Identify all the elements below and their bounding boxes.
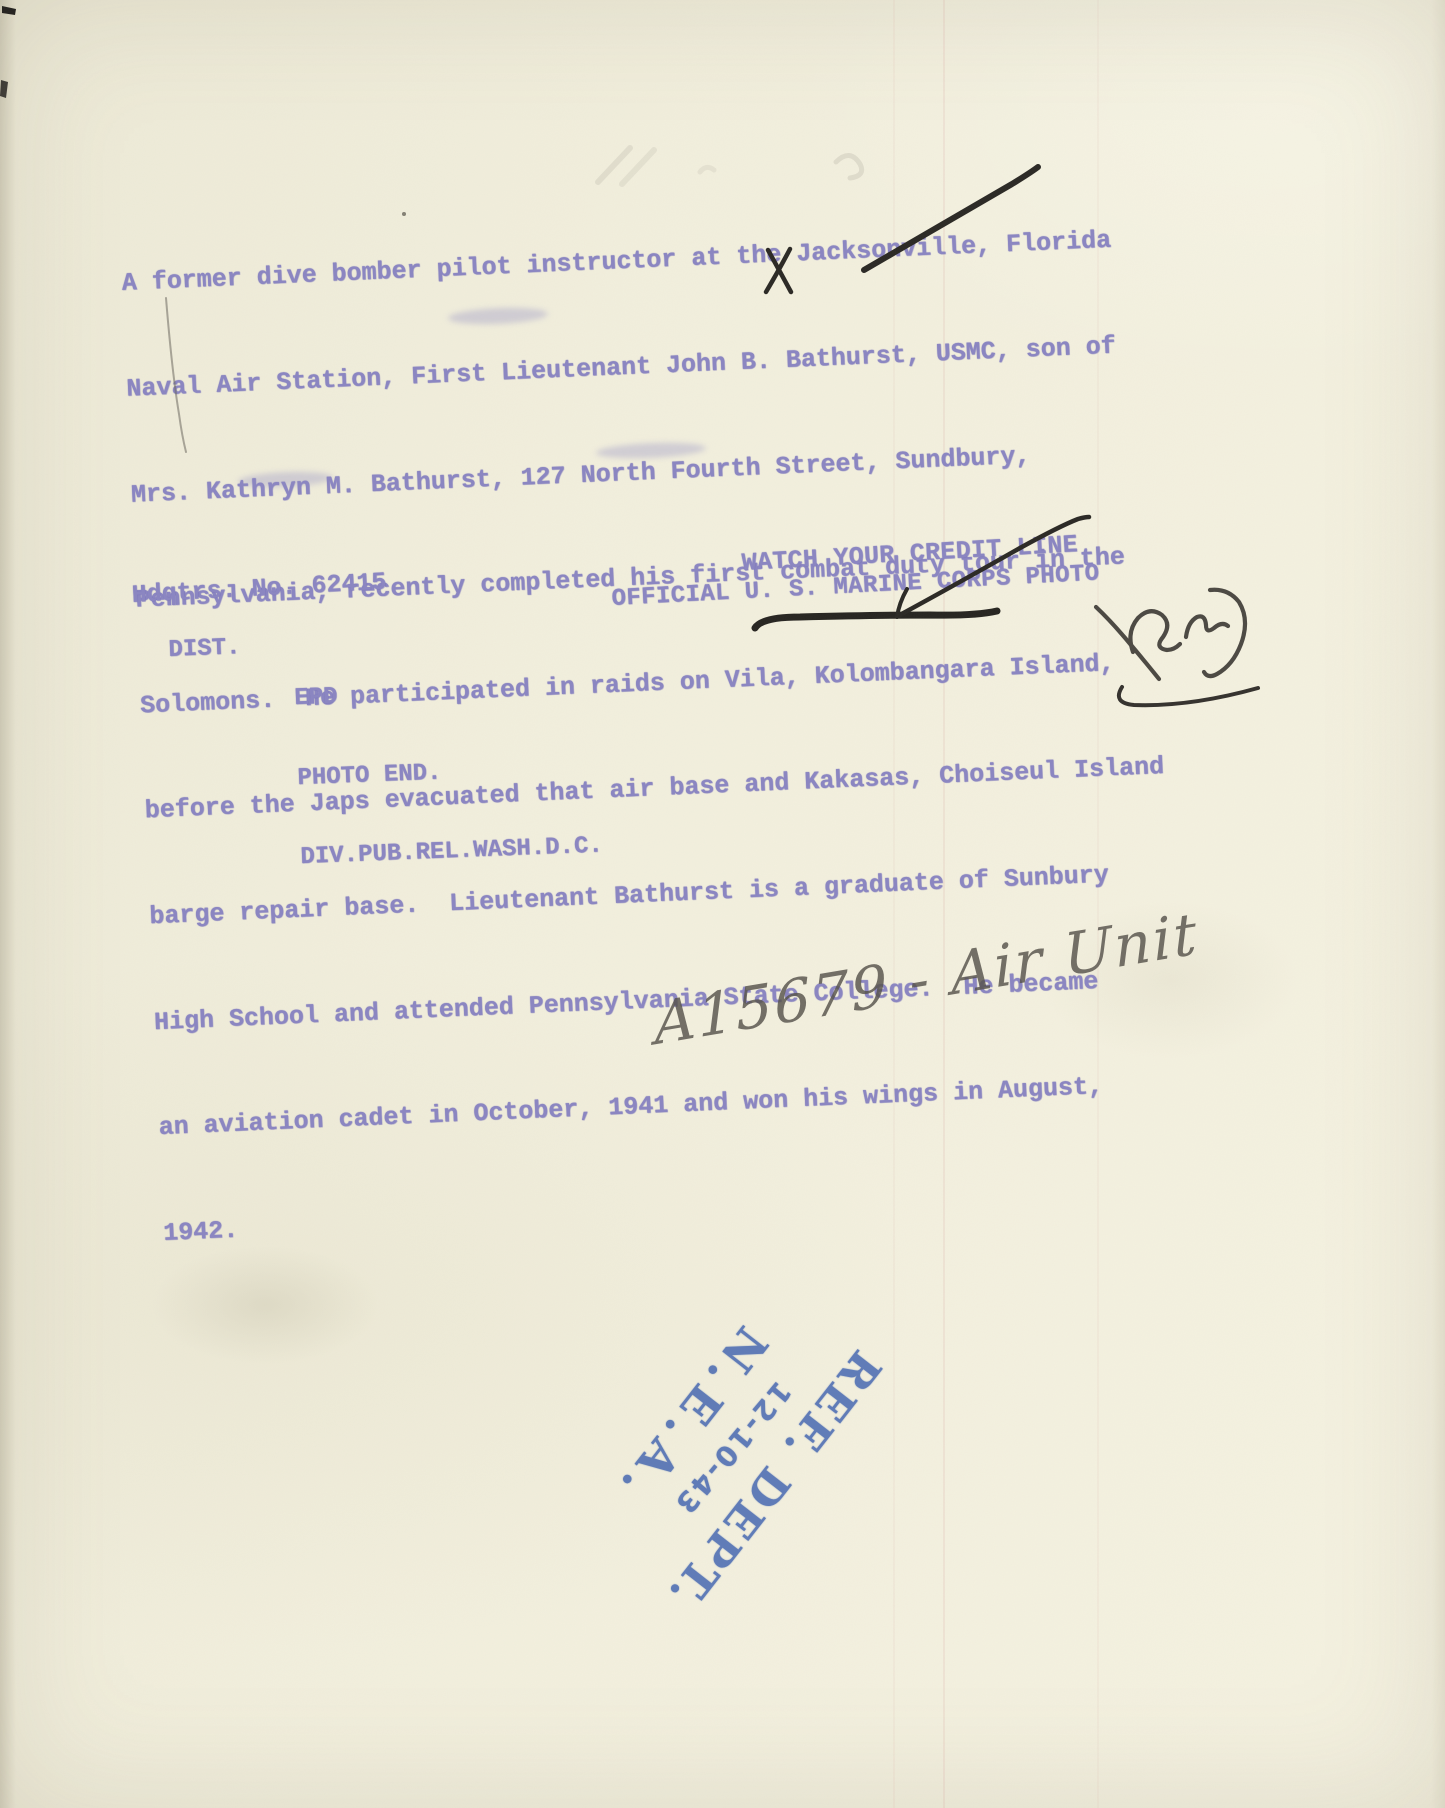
distribution-label: DIST. (168, 635, 251, 929)
ref-dept-stamp: REF. DEPT. 12-10-43 N.E.A. (566, 1266, 898, 1630)
distribution-item: EPD (294, 675, 597, 713)
edge-specks (0, 6, 406, 216)
caption-line: A former dive bomber pilot instructor at… (121, 222, 1142, 302)
distribution-item: PHOTO END. (297, 754, 600, 792)
caption-line: Naval Air Station, First Lieutenant John… (126, 327, 1147, 407)
photo-verso-scan: A former dive bomber pilot instructor at… (0, 0, 1445, 1808)
distribution-item: DIV.PUB.REL.WASH.D.C. (300, 833, 603, 871)
distribution-list: DIST. EPD PHOTO END. DIV.PUB.REL.WASH.D.… (168, 622, 605, 930)
caption-line: an aviation cadet in October, 1941 and w… (158, 1066, 1179, 1146)
caption-line: Mrs. Kathryn M. Bathurst, 127 North Four… (130, 433, 1151, 513)
caption-line: 1942. (163, 1171, 1184, 1251)
